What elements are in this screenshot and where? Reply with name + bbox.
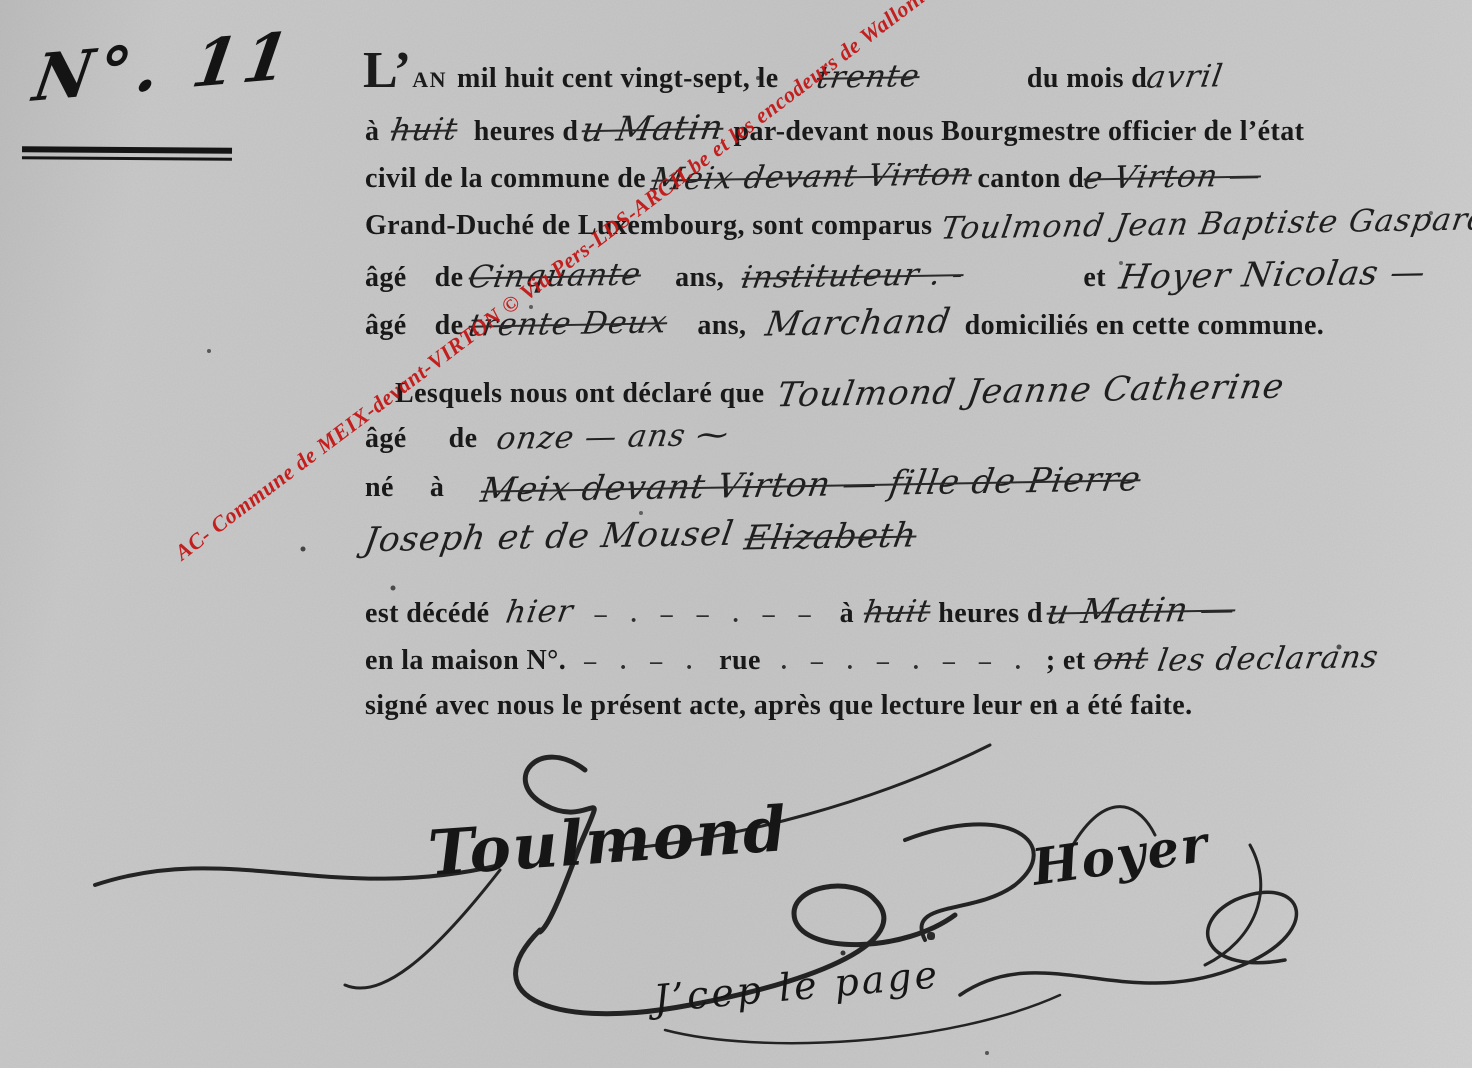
printed-street: rue bbox=[719, 645, 761, 677]
line-death: est décédé hier – . – – . – – à huit heu… bbox=[365, 592, 1235, 631]
printed-death-hours-label: heures d bbox=[938, 598, 1043, 630]
printed-closing: signé avec nous le présent acte, après q… bbox=[365, 690, 1193, 722]
printed-born: né bbox=[365, 472, 394, 504]
hw-deceased-age: onze — ans ⁓ bbox=[494, 418, 732, 458]
printed-officials: par-devant nous Bourgmestre officier de … bbox=[734, 116, 1305, 148]
hw-canton: e Virton — bbox=[1081, 158, 1264, 197]
hw-deceased-name: Toulmond Jeanne Catherine bbox=[775, 368, 1288, 416]
signature-flourish bbox=[610, 745, 990, 850]
hw-month: avril bbox=[1144, 59, 1226, 96]
printed-year: mil huit cent vingt-sept, le bbox=[457, 63, 779, 95]
hw-parents: Joseph et de Mousel bbox=[361, 515, 736, 561]
printed-at: à bbox=[365, 116, 379, 148]
act-number: N°. 11 bbox=[28, 18, 299, 117]
signature-hoyer: Hoyer bbox=[1026, 813, 1214, 897]
hw-birthplace: Meix devant Virton — fille de Pierre bbox=[478, 460, 1144, 511]
printed-month-label: du mois d bbox=[1027, 63, 1147, 95]
printed-de: de bbox=[449, 423, 478, 455]
signature-flourish bbox=[345, 870, 500, 988]
printed-hours-label: heures d bbox=[474, 116, 579, 148]
hw-death-hour: huit bbox=[861, 594, 933, 631]
line-hour: à huit heures d u Matin par-devant nous … bbox=[365, 110, 1304, 149]
hw-mother-name: Elizabeth bbox=[742, 517, 920, 559]
line-closing: signé avec nous le présent acte, après q… bbox=[365, 690, 1193, 722]
blank-dashes-1: – . – – . – – bbox=[595, 602, 820, 630]
act-number-prefix: N°. bbox=[28, 29, 170, 117]
line-parents: Joseph et de Mousel Elizabeth bbox=[365, 518, 916, 557]
printed-and: et bbox=[1083, 262, 1106, 294]
printed-de1: de bbox=[435, 262, 464, 294]
death-record-scan: N°. 11 L’ AN mil huit cent vingt-sept, l… bbox=[0, 0, 1472, 1068]
printed-ans1: ans, bbox=[675, 262, 724, 294]
blank-dashes-3: . – . – . – – . bbox=[781, 649, 1030, 677]
line-commune: civil de la commune de Meix devant Virto… bbox=[365, 160, 1261, 196]
hw-death-day: hier bbox=[503, 594, 576, 631]
line-birthplace: né à Meix devant Virton — fille de Pierr… bbox=[365, 466, 1140, 505]
hw-profession1: instituteur . - bbox=[739, 257, 967, 296]
printed-dropcap: L’ bbox=[363, 48, 412, 95]
signature-flourish bbox=[1205, 845, 1261, 965]
printed-house: en la maison N°. bbox=[365, 645, 566, 677]
printed-died: est décédé bbox=[365, 598, 490, 630]
printed-domicile: domiciliés en cette commune. bbox=[965, 310, 1325, 342]
hw-declarants-b: les declarans bbox=[1154, 640, 1380, 679]
hw-declarants-a: ont bbox=[1091, 642, 1151, 679]
printed-an: AN bbox=[412, 67, 447, 92]
line-deceased-age: âgé de onze — ans ⁓ bbox=[365, 420, 729, 456]
printed-canton-label: canton d bbox=[977, 163, 1084, 195]
hw-profession2: Marchand bbox=[763, 302, 954, 344]
signature-toulmond: Toulmond bbox=[426, 792, 791, 890]
line-house: en la maison N°. – . – . rue . – . – . –… bbox=[365, 642, 1378, 678]
printed-a: à bbox=[430, 472, 444, 504]
hw-witness1: Toulmond Jean Baptiste Gaspard bbox=[939, 202, 1472, 247]
hw-hour: huit bbox=[388, 112, 460, 149]
signature-flourish bbox=[665, 995, 1060, 1043]
printed-aged1: âgé bbox=[365, 262, 407, 294]
printed-civil: civil de la commune de bbox=[365, 163, 646, 195]
act-number-value: 11 bbox=[187, 18, 300, 103]
line-declaration: Lesquels nous ont déclaré que Toulmond J… bbox=[395, 372, 1284, 411]
act-number-underline bbox=[22, 146, 232, 160]
blank-dashes-2: – . – . bbox=[584, 649, 701, 677]
signature-flourish bbox=[905, 824, 1034, 940]
printed-declared: Lesquels nous ont déclaré que bbox=[395, 378, 764, 410]
signatures-area: Toulmond Hoyer J’cep le page bbox=[0, 700, 1472, 1068]
dust-specks bbox=[0, 0, 2, 2]
hw-death-time: u Matin — bbox=[1043, 590, 1238, 632]
signature-note: J’cep le page bbox=[645, 952, 942, 1021]
signature-flourish bbox=[95, 865, 500, 885]
printed-aged: âgé bbox=[365, 423, 407, 455]
printed-ans2: ans, bbox=[697, 310, 746, 342]
printed-semicolon-and: ; et bbox=[1046, 645, 1086, 677]
hw-witness2: Hoyer Nicolas — bbox=[1116, 253, 1428, 297]
signature-flourish bbox=[516, 886, 955, 1014]
signature-flourish bbox=[1070, 807, 1155, 850]
printed-death-at: à bbox=[840, 598, 854, 630]
printed-aged2: âgé bbox=[365, 310, 407, 342]
signature-flourish bbox=[525, 757, 594, 932]
line-duchy: Grand-Duché de Luxembourg, sont comparus… bbox=[365, 207, 1472, 243]
signature-flourish bbox=[960, 892, 1296, 995]
